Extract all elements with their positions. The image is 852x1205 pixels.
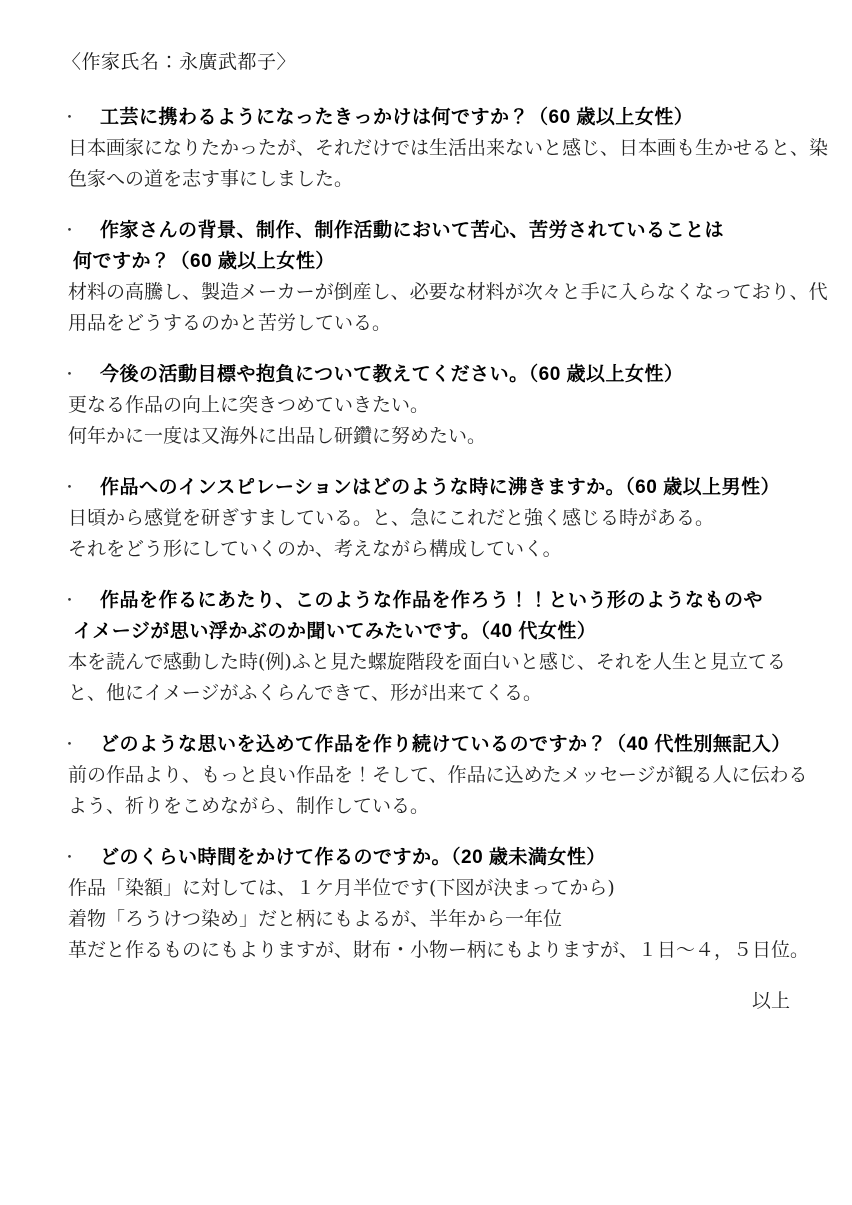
question-line: ・ 作品へのインスピレーションはどのような時に沸きますか。（60 歳以上男性） [62, 472, 812, 503]
question-line: ・ 作品を作るにあたり、このような作品を作ろう！！という形のようなものや [62, 585, 812, 616]
question-text: 作品へのインスピレーションはどのような時に沸きますか。（60 歳以上男性） [100, 472, 780, 503]
answer-line: 作品「染額」に対しては、１ケ月半位です(下図が決まってから) [68, 873, 812, 904]
qa-item-1: ・ 工芸に携わるようになったきっかけは何ですか？（60 歳以上女性） 日本画家に… [62, 102, 812, 195]
answer-line: 用品をどうするのかと苦労している。 [68, 308, 812, 339]
closing-text: 以上 [62, 986, 812, 1017]
bullet-marker: ・ [62, 729, 100, 760]
answer-block: 日頃から感覚を研ぎすましている。と、急にこれだと強く感じる時がある。 それをどう… [62, 503, 812, 565]
document-page: 〈作家氏名：永廣武都子〉 ・ 工芸に携わるようになったきっかけは何ですか？（60… [0, 0, 852, 1205]
qa-item-6: ・ どのような思いを込めて作品を作り続けているのですか？（40 代性別無記入） … [62, 729, 812, 822]
bullet-marker: ・ [62, 472, 100, 503]
qa-item-4: ・ 作品へのインスピレーションはどのような時に沸きますか。（60 歳以上男性） … [62, 472, 812, 565]
bullet-marker: ・ [62, 585, 100, 616]
question-text: 工芸に携わるようになったきっかけは何ですか？（60 歳以上女性） [100, 102, 693, 133]
bullet-marker: ・ [62, 102, 100, 133]
bullet-marker: ・ [62, 215, 100, 246]
answer-block: 前の作品より、もっと良い作品を！そして、作品に込めたメッセージが観る人に伝わる … [62, 760, 812, 822]
qa-item-5: ・ 作品を作るにあたり、このような作品を作ろう！！という形のようなものや イメー… [62, 585, 812, 709]
answer-block: 日本画家になりたかったが、それだけでは生活出来ないと感じ、日本画も生かせると、染… [62, 133, 812, 195]
question-text: 作家さんの背景、制作、制作活動において苦心、苦労されていることは [100, 215, 724, 246]
bullet-marker: ・ [62, 359, 100, 390]
answer-line: 本を読んで感動した時(例)ふと見た螺旋階段を面白いと感じ、それを人生と見立てる [68, 647, 812, 678]
answer-line: 色家への道を志す事にしました。 [68, 164, 812, 195]
qa-item-3: ・ 今後の活動目標や抱負について教えてください。（60 歳以上女性） 更なる作品… [62, 359, 812, 452]
qa-item-7: ・ どのくらい時間をかけて作るのですか。（20 歳未満女性） 作品「染額」に対し… [62, 842, 812, 966]
question-line: ・ 今後の活動目標や抱負について教えてください。（60 歳以上女性） [62, 359, 812, 390]
bullet-marker: ・ [62, 842, 100, 873]
question-text-continued: 何ですか？（60 歳以上女性） [62, 246, 812, 277]
answer-block: 本を読んで感動した時(例)ふと見た螺旋階段を面白いと感じ、それを人生と見立てる … [62, 647, 812, 709]
answer-line: 日本画家になりたかったが、それだけでは生活出来ないと感じ、日本画も生かせると、染 [68, 133, 812, 164]
answer-line: 日頃から感覚を研ぎすましている。と、急にこれだと強く感じる時がある。 [68, 503, 812, 534]
question-line: ・ 工芸に携わるようになったきっかけは何ですか？（60 歳以上女性） [62, 102, 812, 133]
answer-line: と、他にイメージがふくらんできて、形が出来てくる。 [68, 678, 812, 709]
question-line: ・ どのくらい時間をかけて作るのですか。（20 歳未満女性） [62, 842, 812, 873]
answer-line: それをどう形にしていくのか、考えながら構成していく。 [68, 534, 812, 565]
answer-block: 作品「染額」に対しては、１ケ月半位です(下図が決まってから) 着物「ろうけつ染め… [62, 873, 812, 966]
answer-line: 何年かに一度は又海外に出品し研鑽に努めたい。 [68, 421, 812, 452]
answer-line: 材料の高騰し、製造メーカーが倒産し、必要な材料が次々と手に入らなくなっており、代 [68, 277, 812, 308]
question-text: どのような思いを込めて作品を作り続けているのですか？（40 代性別無記入） [100, 729, 791, 760]
answer-line: よう、祈りをこめながら、制作している。 [68, 791, 812, 822]
author-name-header: 〈作家氏名：永廣武都子〉 [62, 50, 812, 76]
question-text: どのくらい時間をかけて作るのですか。（20 歳未満女性） [100, 842, 606, 873]
question-line: ・ どのような思いを込めて作品を作り続けているのですか？（40 代性別無記入） [62, 729, 812, 760]
answer-block: 更なる作品の向上に突きつめていきたい。 何年かに一度は又海外に出品し研鑽に努めた… [62, 390, 812, 452]
answer-line: 前の作品より、もっと良い作品を！そして、作品に込めたメッセージが観る人に伝わる [68, 760, 812, 791]
question-text: 作品を作るにあたり、このような作品を作ろう！！という形のようなものや [100, 585, 763, 616]
answer-line: 着物「ろうけつ染め」だと柄にもよるが、半年から一年位 [68, 904, 812, 935]
answer-line: 更なる作品の向上に突きつめていきたい。 [68, 390, 812, 421]
question-line: ・ 作家さんの背景、制作、制作活動において苦心、苦労されていることは [62, 215, 812, 246]
answer-line: 革だと作るものにもよりますが、財布・小物ー柄にもよりますが、１日～４，５日位。 [68, 935, 812, 966]
question-text-continued: イメージが思い浮かぶのか聞いてみたいです。（40 代女性） [62, 616, 812, 647]
question-text: 今後の活動目標や抱負について教えてください。（60 歳以上女性） [100, 359, 684, 390]
qa-item-2: ・ 作家さんの背景、制作、制作活動において苦心、苦労されていることは 何ですか？… [62, 215, 812, 339]
answer-block: 材料の高騰し、製造メーカーが倒産し、必要な材料が次々と手に入らなくなっており、代… [62, 277, 812, 339]
